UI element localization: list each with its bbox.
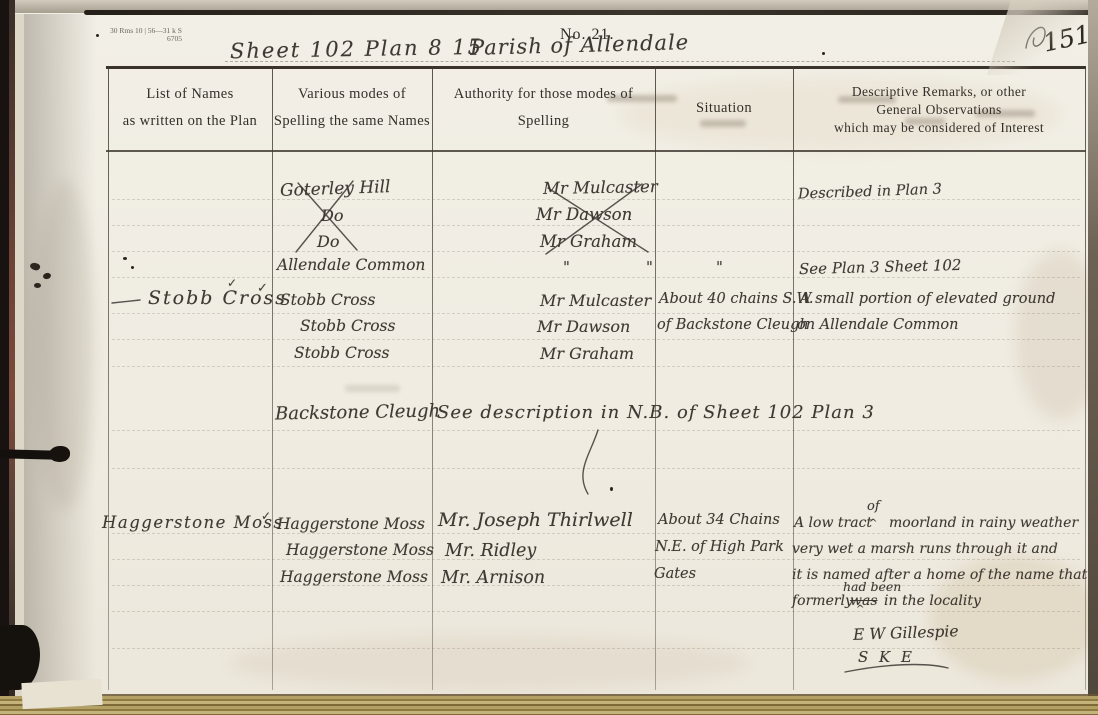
paper-stain — [230, 635, 750, 690]
namebook-scan-page: 30 Rms 10 | 56—31 k S 6705 No. 21. List … — [0, 0, 1098, 715]
check-mark: ✓ — [257, 281, 268, 296]
guide-line — [112, 277, 1080, 278]
scan-right-edge — [1088, 0, 1098, 715]
sheet-plan-handwriting: Sheet 102 Plan 8 15 — [230, 35, 483, 63]
guide-line — [112, 366, 1080, 367]
authority-haggerstone-2: Mr. Ridley — [445, 541, 536, 561]
scan-left-edge — [0, 0, 9, 715]
remark-haggerstone-1b: moorland in rainy weather — [889, 515, 1078, 531]
guide-line — [112, 251, 1080, 252]
bleedthrough-mark — [345, 385, 400, 392]
check-mark: ✓ — [261, 509, 271, 523]
ink-speck — [610, 487, 613, 491]
caret-mark: ^ — [856, 604, 864, 615]
header-bottom-rule — [106, 150, 1086, 152]
authority-stobb-1: Mr Mulcaster — [540, 291, 651, 310]
guide-line — [112, 585, 1080, 586]
ink-speck — [123, 257, 127, 260]
situation-haggerstone-1: About 34 Chains — [658, 512, 780, 528]
spelling-haggerstone-1: Haggerstone Moss — [277, 515, 425, 533]
gutter-shadow — [24, 14, 96, 704]
spelling-haggerstone-2: Haggerstone Moss — [286, 541, 434, 559]
authority-haggerstone-1: Mr. Joseph Thirlwell — [438, 509, 633, 531]
guide-line — [112, 339, 1080, 340]
col-header-situation: Situation — [655, 100, 793, 117]
remark-haggerstone-4b: in the locality — [884, 593, 981, 609]
spelling-goterley-2: Do — [321, 206, 343, 225]
guide-line — [112, 611, 1080, 612]
guide-line — [112, 225, 1080, 226]
signature-gillespie: E W Gillespie — [853, 622, 959, 644]
remark-haggerstone-4a: formerly — [792, 593, 853, 609]
guide-line — [112, 199, 1080, 200]
remark-stobb-2: on Allendale Common — [797, 317, 959, 333]
ink-speck — [96, 34, 99, 37]
parish-handwriting: Parish of Allendale — [470, 30, 690, 60]
col-header-spelling-1: Various modes of — [272, 86, 432, 103]
ink-speck — [131, 266, 134, 269]
authority-haggerstone-3: Mr. Arnison — [441, 568, 545, 588]
authority-goterley-2: Mr Dawson — [536, 205, 632, 224]
col-header-remarks-2: General Observations — [793, 102, 1085, 118]
remark-haggerstone-1a: A low tract — [794, 515, 872, 531]
col-header-remarks-1: Descriptive Remarks, or other — [793, 84, 1085, 100]
ditto-mark: " — [646, 258, 653, 276]
authority-goterley-3: Mr Graham — [540, 232, 637, 251]
name-haggerstone-moss: Haggerstone Moss — [102, 513, 283, 532]
book-page-edges — [0, 696, 1098, 715]
guide-line — [112, 559, 1080, 560]
authority-stobb-3: Mr Graham — [540, 344, 634, 363]
remark-allendale-common: See Plan 3 Sheet 102 — [799, 256, 962, 278]
flourish-descender — [583, 430, 598, 494]
bottomleft-paper-edge — [21, 679, 102, 709]
page-left-paper-edge — [15, 14, 24, 714]
ink-speck — [822, 52, 825, 55]
binding-tie-knot — [49, 446, 70, 462]
col-header-authority-2: Spelling — [432, 113, 655, 130]
remark-haggerstone-1-insert: of — [867, 499, 880, 514]
spelling-goterley-3: Do — [317, 232, 339, 251]
printer-mark-line2: 6705 — [167, 34, 182, 43]
spelling-stobb-1: Stobb Cross — [280, 291, 375, 309]
guide-line — [112, 648, 1080, 649]
ditto-mark: " — [716, 258, 723, 276]
situation-haggerstone-2: N.E. of High Park — [655, 539, 784, 555]
authority-goterley-1: Mr Mulcaster — [543, 177, 658, 198]
remark-haggerstone-4-insert: had been — [843, 579, 901, 594]
check-mark: ✓ — [227, 276, 237, 290]
signature-initials: S K E — [858, 648, 915, 666]
col-header-names-1: List of Names — [108, 86, 272, 103]
page-top-edge-line — [84, 10, 1098, 15]
col-header-remarks-3: which may be considered of Interest — [793, 120, 1085, 136]
bleedthrough-mark — [700, 120, 746, 127]
spelling-haggerstone-3: Haggerstone Moss — [280, 568, 428, 586]
col-header-authority-1: Authority for those modes of — [432, 86, 655, 103]
spelling-stobb-2: Stobb Cross — [300, 317, 395, 335]
column-rule — [655, 66, 656, 690]
dash-before-name — [112, 300, 140, 303]
column-rule — [1085, 66, 1086, 690]
spelling-stobb-3: Stobb Cross — [294, 344, 389, 362]
guide-line — [112, 468, 1080, 469]
caret-mark: ^ — [869, 518, 877, 529]
column-rule — [272, 66, 273, 690]
situation-stobb-1: About 40 chains S.W. — [659, 291, 813, 307]
guide-line — [112, 430, 1080, 431]
table-top-rule — [106, 66, 1086, 69]
column-rule — [432, 66, 433, 690]
authority-stobb-2: Mr Dawson — [537, 317, 630, 336]
spelling-goterley-1: Goterley Hill — [280, 177, 391, 201]
col-header-spelling-2: Spelling the same Names — [272, 113, 432, 130]
remark-haggerstone-2: very wet a marsh runs through it and — [792, 541, 1058, 557]
remark-stobb-1: A small portion of elevated ground — [800, 291, 1055, 307]
spelling-allendale-common: Allendale Common — [277, 256, 425, 274]
note-backstone: See description in N.B. of Sheet 102 Pla… — [437, 402, 875, 423]
name-backstone-cleugh: Backstone Cleugh — [275, 401, 440, 425]
guide-line — [112, 533, 1080, 534]
col-header-names-2: as written on the Plan — [108, 113, 272, 130]
ditto-mark: " — [563, 258, 570, 276]
guide-line — [112, 313, 1080, 314]
column-rule — [108, 66, 109, 690]
remark-haggerstone-3: it is named after a home of the name tha… — [792, 567, 1087, 583]
situation-stobb-2: of Backstone Cleugh — [657, 317, 809, 333]
situation-haggerstone-3: Gates — [654, 566, 696, 582]
printer-mark: 30 Rms 10 | 56—31 k S 6705 — [110, 27, 182, 43]
